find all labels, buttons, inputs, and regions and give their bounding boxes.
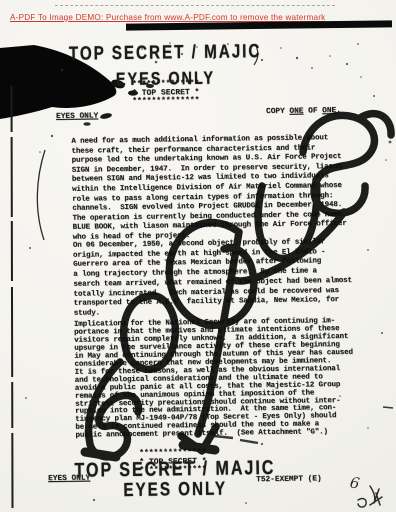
document-page: A-PDF To Image DEMO: Purchase from www.A… xyxy=(0,0,396,512)
margin-scribbles xyxy=(0,0,396,512)
